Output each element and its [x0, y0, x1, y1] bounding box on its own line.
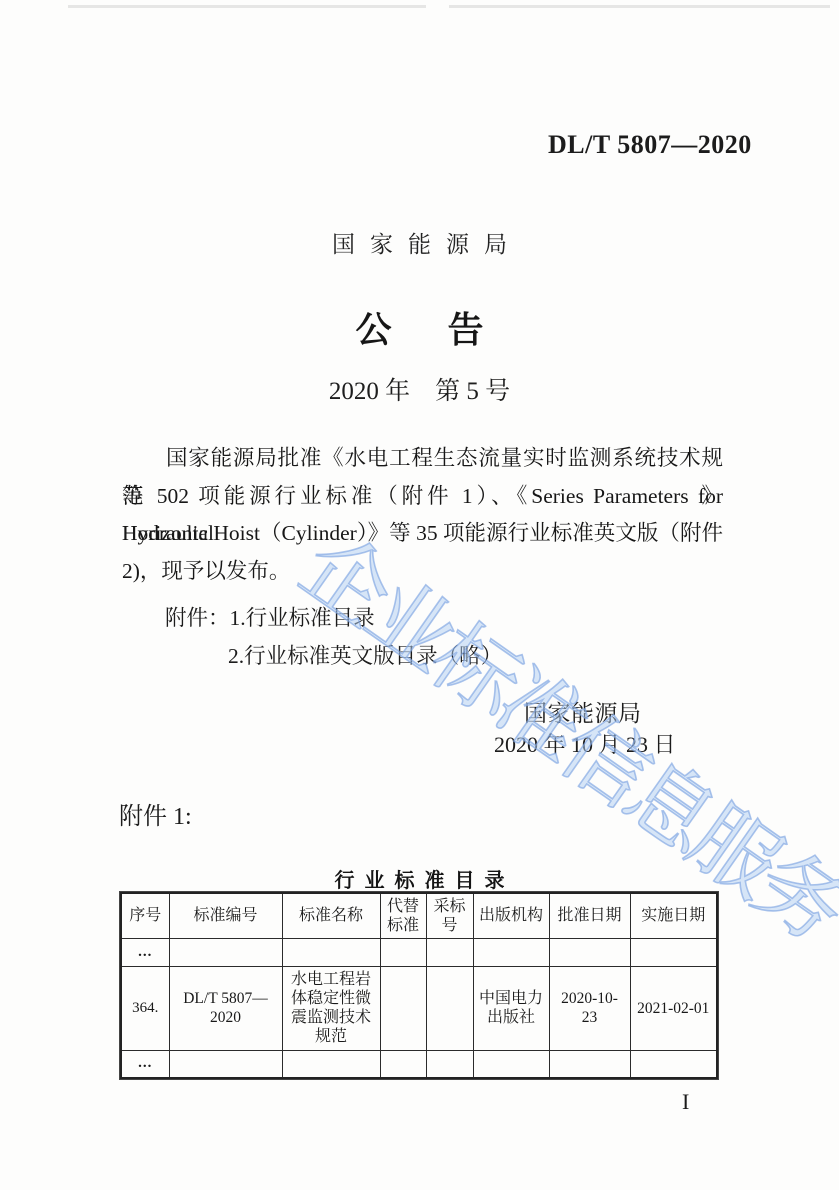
header-approval-date: 批准日期 — [549, 893, 630, 938]
cell-standard-no: DL/T 5807— 2020 — [169, 966, 282, 1050]
cell-implementation-date: 2021-02-01 — [630, 966, 717, 1050]
cell-empty — [473, 938, 549, 966]
agency-title: 国家能源局 — [0, 226, 839, 259]
cell-serial-no: 364. — [121, 966, 169, 1050]
cell-ellipsis: ... — [121, 1050, 169, 1078]
scan-edge-artifact — [68, 5, 830, 8]
header-serial-no: 序号 — [121, 893, 169, 938]
cell-empty — [380, 938, 426, 966]
signature-agency: 国家能源局 — [524, 695, 642, 728]
cell-empty — [549, 938, 630, 966]
cell-empty — [630, 938, 717, 966]
cell-empty — [426, 1050, 473, 1078]
announcement-body: 国家能源局批准《水电工程生态流量实时监测系统技术规范》 等 502 项能源行业标… — [122, 440, 723, 590]
appendix-label: 附件 1: — [119, 796, 192, 831]
cell-empty — [282, 1050, 380, 1078]
cell-empty — [549, 1050, 630, 1078]
attachments-line-1: 附件：1.行业标准目录 — [165, 601, 375, 632]
header-standard-no: 标准编号 — [169, 893, 282, 938]
attachments-line-2: 2.行业标准英文版目录（略） — [165, 639, 502, 670]
cell-empty — [630, 1050, 717, 1078]
header-replaced-standard: 代替标准 — [380, 893, 426, 938]
table-row-ellipsis: ... — [121, 938, 717, 966]
cell-standard-name: 水电工程岩体稳定性微震监测技术规范 — [282, 966, 380, 1050]
cell-empty — [169, 1050, 282, 1078]
header-implementation-date: 实施日期 — [630, 893, 717, 938]
body-line: 2)，现予以发布。 — [122, 553, 723, 591]
document-page: DL/T 5807—2020 国家能源局 公 告 2020 年 第 5 号 国家… — [0, 0, 839, 1190]
body-line: 国家能源局批准《水电工程生态流量实时监测系统技术规范》 — [122, 440, 723, 478]
attachment-item-1: 1.行业标准目录 — [230, 606, 375, 630]
cell-empty — [380, 1050, 426, 1078]
table-row-standard-364: 364. DL/T 5807— 2020 水电工程岩体稳定性微震监测技术规范 中… — [121, 966, 717, 1050]
cell-empty — [426, 938, 473, 966]
cell-empty — [169, 938, 282, 966]
body-line: 等 502 项能源行业标准（附件 1）、《Series Parameters f… — [122, 478, 723, 516]
page-number: I — [682, 1089, 689, 1115]
body-line: Hydraulic Hoist（Cylinder）》等 35 项能源行业标准英文… — [122, 515, 723, 553]
table-row-ellipsis: ... — [121, 1050, 717, 1078]
header-publisher: 出版机构 — [473, 893, 549, 938]
announcement-title: 公 告 — [0, 302, 839, 353]
cell-ellipsis: ... — [121, 938, 169, 966]
table-title: 行业标准目录 — [0, 864, 839, 893]
cell-empty — [282, 938, 380, 966]
cell-publisher: 中国电力出版社 — [473, 966, 549, 1050]
cell-replaced-standard — [380, 966, 426, 1050]
attachment-item-2: 2.行业标准英文版目录（略） — [228, 644, 502, 668]
standard-code: DL/T 5807—2020 — [548, 130, 724, 160]
cell-adoption-no — [426, 966, 473, 1050]
issue-number: 2020 年 第 5 号 — [0, 371, 839, 407]
signature-date: 2020 年 10 月 23 日 — [494, 728, 676, 759]
header-adoption-no: 采标号 — [426, 893, 473, 938]
header-standard-name: 标准名称 — [282, 893, 380, 938]
standards-table: 序号 标准编号 标准名称 代替标准 采标号 出版机构 批准日期 实施日期 ...… — [120, 892, 718, 1079]
cell-empty — [473, 1050, 549, 1078]
table-header-row: 序号 标准编号 标准名称 代替标准 采标号 出版机构 批准日期 实施日期 — [121, 893, 717, 938]
cell-approval-date: 2020-10-23 — [549, 966, 630, 1050]
attachments-label: 附件： — [165, 606, 230, 630]
